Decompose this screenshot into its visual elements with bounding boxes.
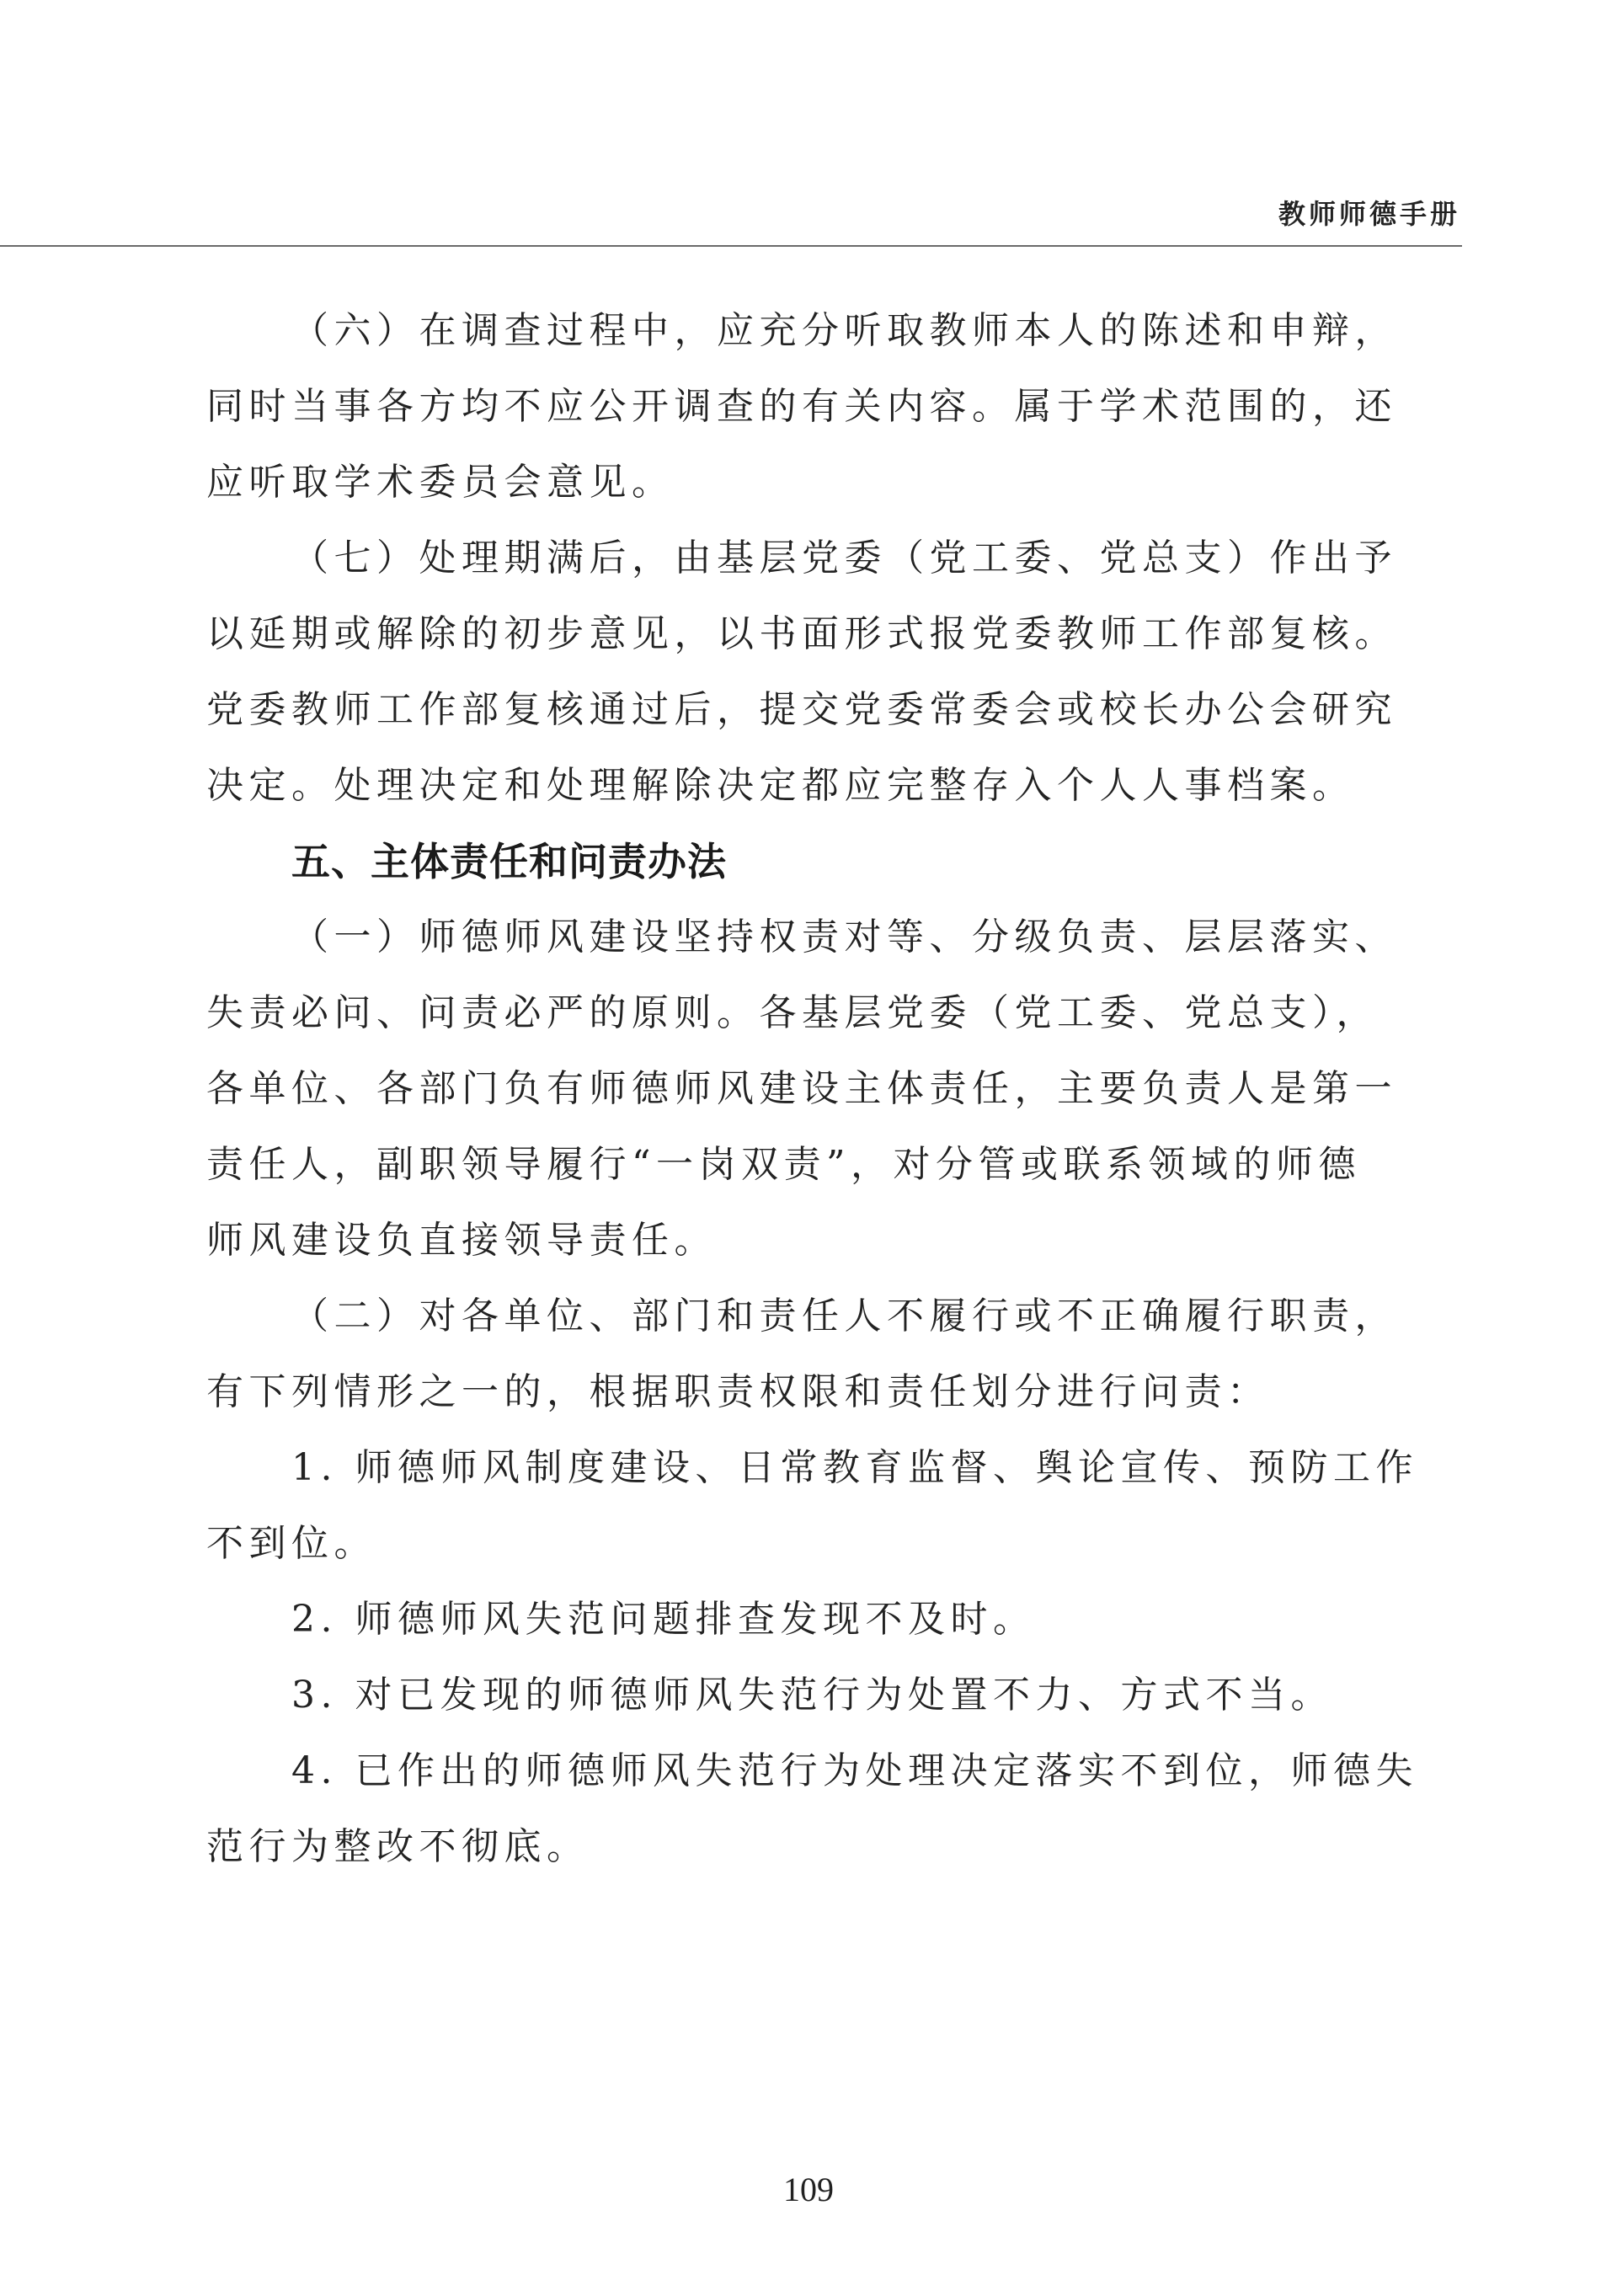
text-line: （二）对各单位、部门和责任人不履行或不正确履行职责，: [206, 1279, 1411, 1354]
text-line: 不到位。: [206, 1506, 1411, 1582]
text-line: 同时当事各方均不应公开调查的有关内容。属于学术范围的，还: [206, 369, 1411, 445]
text-line: 责任人，副职领导履行“一岗双责”，对分管或联系领域的师德: [206, 1127, 1411, 1203]
running-header-title: 教师师德手册: [1278, 195, 1460, 232]
section-heading: 五、主体责任和问责办法: [206, 824, 1411, 900]
text-line: 有下列情形之一的，根据职责权限和责任划分进行问责：: [206, 1354, 1411, 1430]
text-line: （一）师德师风建设坚持权责对等、分级负责、层层落实、: [206, 900, 1411, 975]
paragraph-item-7: （七）处理期满后，由基层党委（党工委、党总支）作出予 以延期或解除的初步意见，以…: [206, 521, 1411, 824]
paragraph-section-1: （一）师德师风建设坚持权责对等、分级负责、层层落实、 失责必问、问责必严的原则。…: [206, 900, 1411, 1279]
text-line: 师风建设负直接领导责任。: [206, 1203, 1411, 1279]
text-line: （六）在调查过程中，应充分听取教师本人的陈述和申辩，: [206, 293, 1411, 369]
list-item-3: 3. 对已发现的师德师风失范行为处置不力、方式不当。: [206, 1658, 1411, 1733]
text-line: 1. 师德师风制度建设、日常教育监督、舆论宣传、预防工作: [206, 1430, 1411, 1506]
page-body: （六）在调查过程中，应充分听取教师本人的陈述和申辩， 同时当事各方均不应公开调查…: [206, 293, 1411, 1885]
text-line: （七）处理期满后，由基层党委（党工委、党总支）作出予: [206, 521, 1411, 596]
text-line: 决定。处理决定和处理解除决定都应完整存入个人人事档案。: [206, 748, 1411, 824]
list-item-2: 2. 师德师风失范问题排查发现不及时。: [206, 1582, 1411, 1658]
text-line: 失责必问、问责必严的原则。各基层党委（党工委、党总支），: [206, 975, 1411, 1051]
text-line: 2. 师德师风失范问题排查发现不及时。: [206, 1582, 1411, 1658]
paragraph-section-2: （二）对各单位、部门和责任人不履行或不正确履行职责， 有下列情形之一的，根据职责…: [206, 1279, 1411, 1430]
text-line: 以延期或解除的初步意见，以书面形式报党委教师工作部复核。: [206, 596, 1411, 672]
text-line: 应听取学术委员会意见。: [206, 445, 1411, 521]
text-line: 党委教师工作部复核通过后，提交党委常委会或校长办公会研究: [206, 672, 1411, 748]
header-divider: [0, 245, 1462, 247]
list-item-4: 4. 已作出的师德师风失范行为处理决定落实不到位，师德失 范行为整改不彻底。: [206, 1733, 1411, 1885]
text-line: 各单位、各部门负有师德师风建设主体责任，主要负责人是第一: [206, 1051, 1411, 1127]
paragraph-item-6: （六）在调查过程中，应充分听取教师本人的陈述和申辩， 同时当事各方均不应公开调查…: [206, 293, 1411, 521]
page-number: 109: [0, 2171, 1617, 2208]
list-item-1: 1. 师德师风制度建设、日常教育监督、舆论宣传、预防工作 不到位。: [206, 1430, 1411, 1582]
text-line: 范行为整改不彻底。: [206, 1809, 1411, 1885]
text-line: 4. 已作出的师德师风失范行为处理决定落实不到位，师德失: [206, 1733, 1411, 1809]
text-line: 3. 对已发现的师德师风失范行为处置不力、方式不当。: [206, 1658, 1411, 1733]
